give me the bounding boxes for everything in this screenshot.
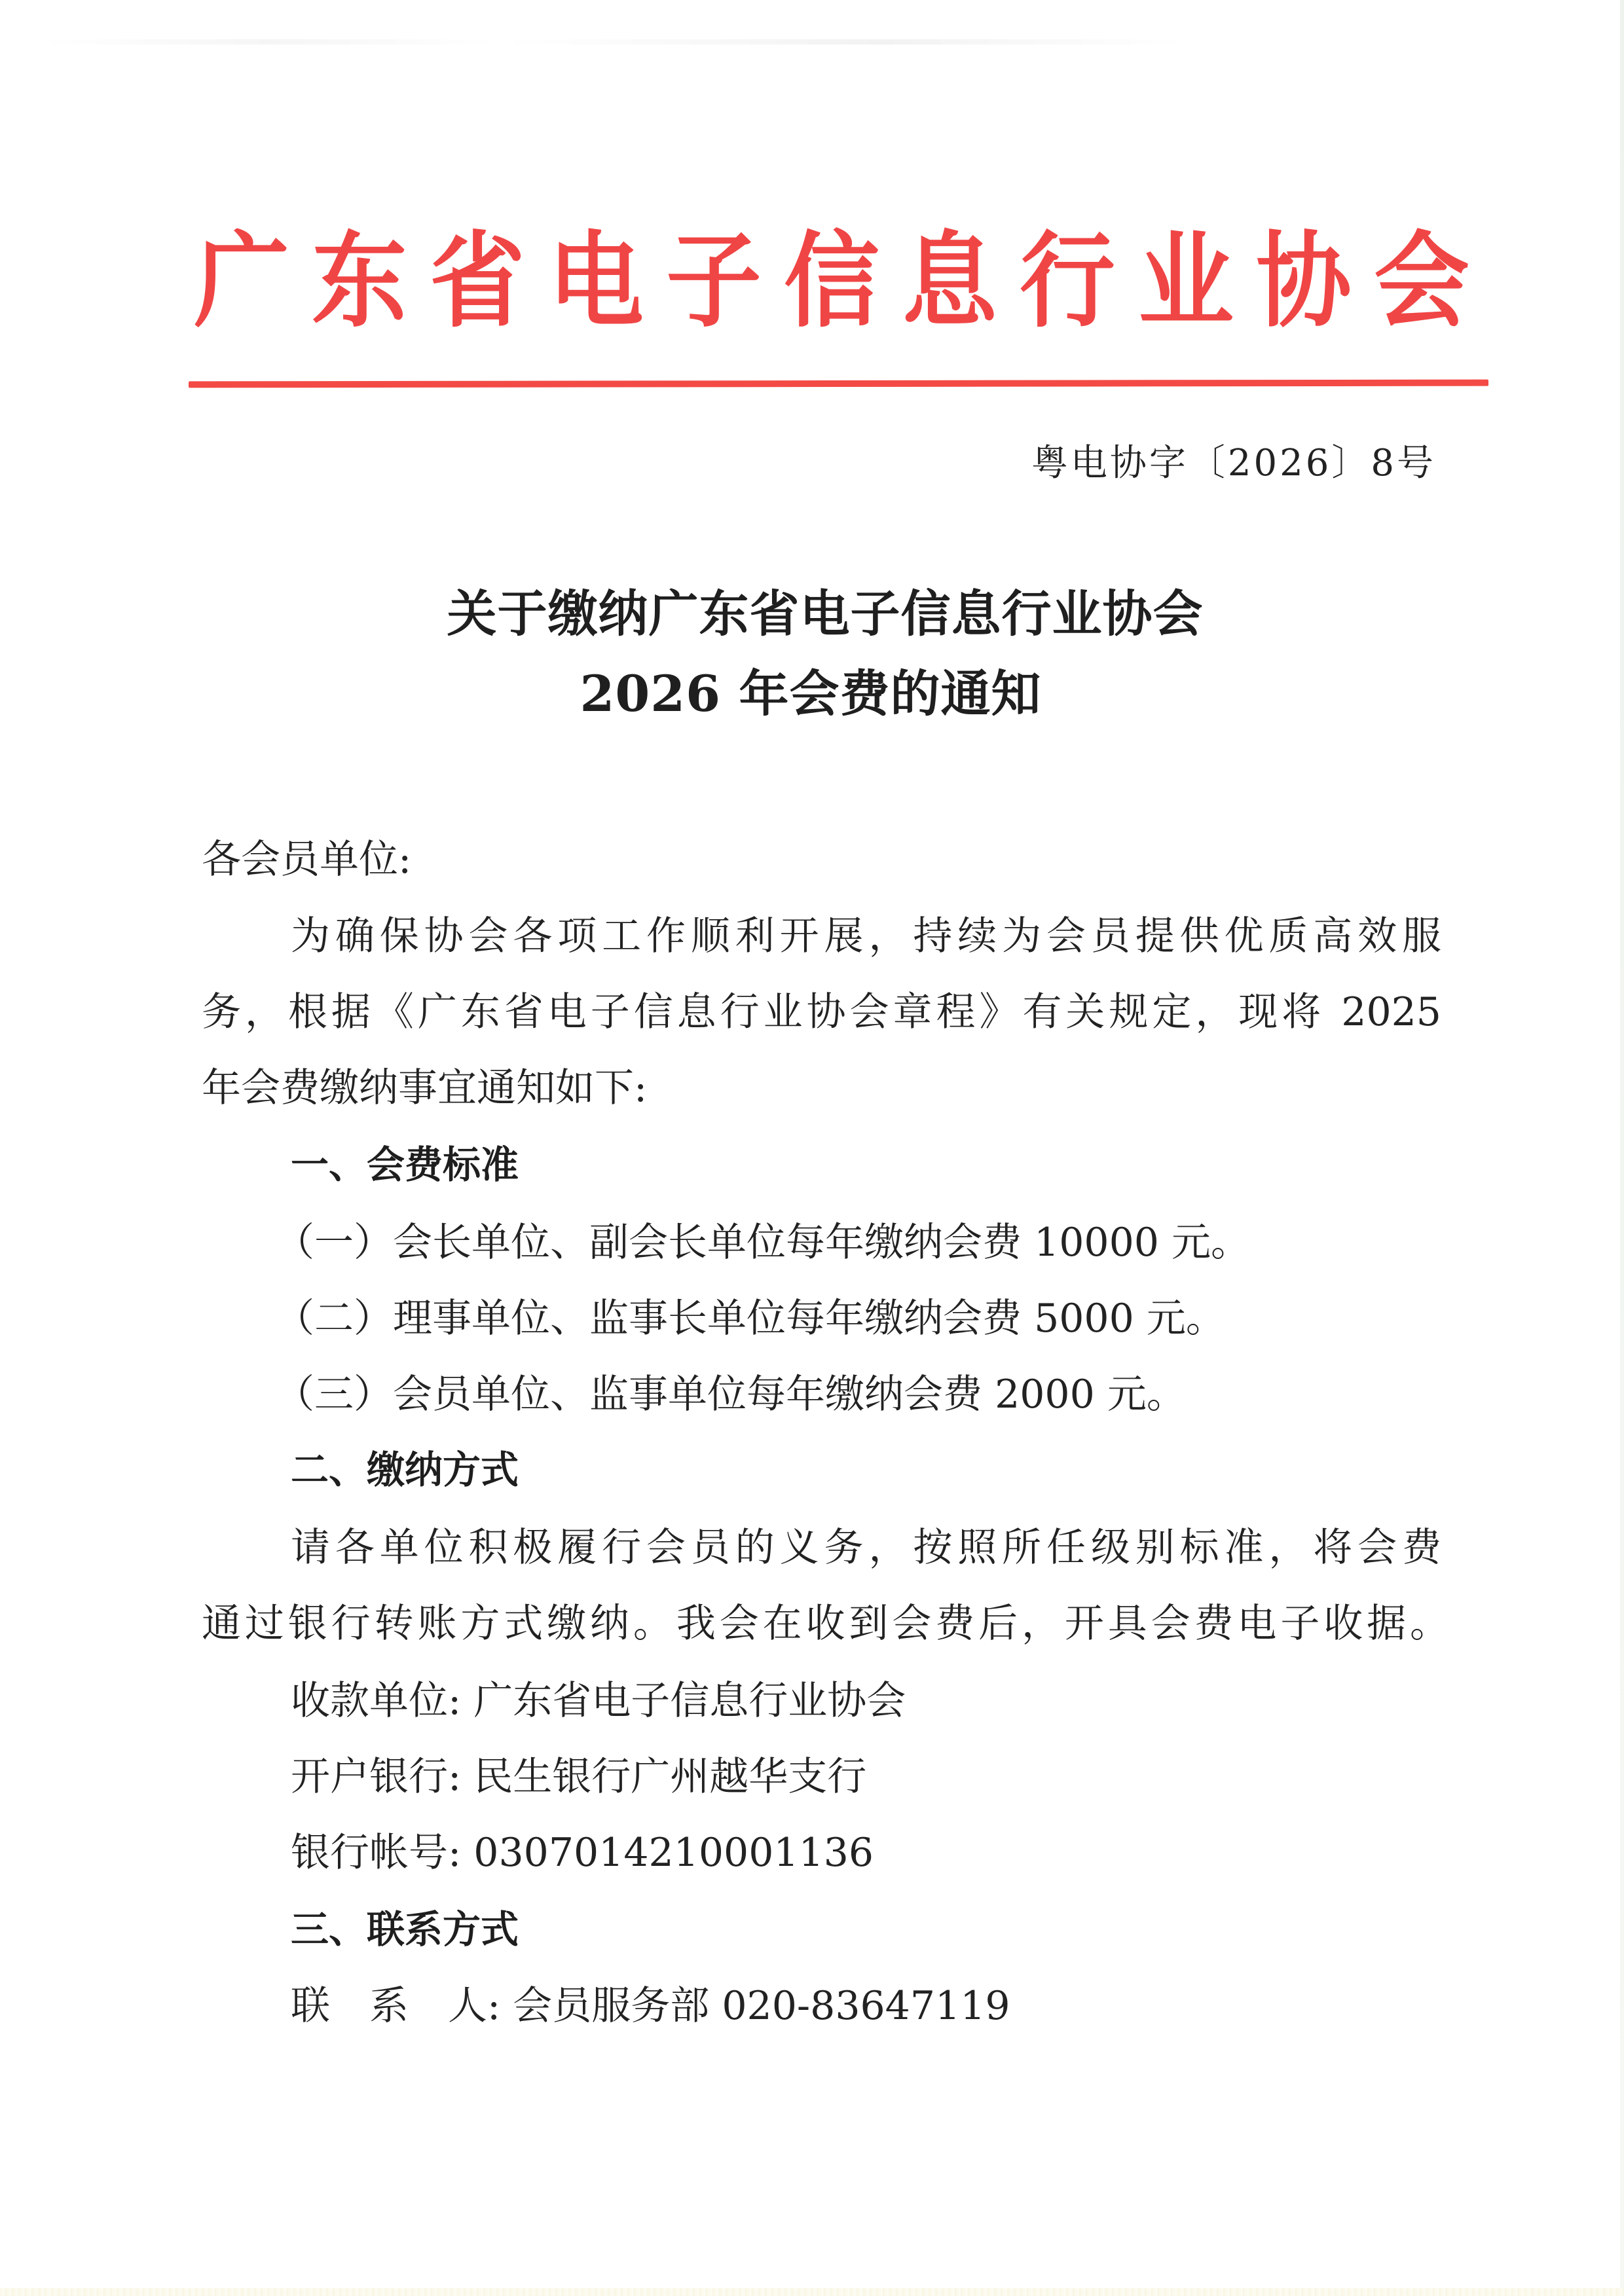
bank-value: 民生银行广州越华支行 [473, 1754, 866, 1800]
letterhead-char: 协 [1256, 230, 1351, 333]
fee-item-label: （一） [275, 1220, 393, 1266]
scan-artifact-top [39, 39, 1572, 45]
letterhead-char: 行 [1020, 230, 1115, 333]
letterhead-char: 广 [194, 230, 289, 333]
fee-item-1: （一）会长单位、副会长单位每年缴纳会费 10000 元。 [275, 1223, 1250, 1262]
bank-label: 开户银行: [291, 1754, 461, 1800]
letterhead-char: 信 [784, 230, 879, 333]
section-heading-payment-method: 二、缴纳方式 [291, 1451, 519, 1489]
fee-item-2: （二）理事单位、监事长单位每年缴纳会费 5000 元。 [275, 1299, 1225, 1338]
scan-artifact-right [1620, 0, 1624, 2296]
document-title-line-1: 关于缴纳广东省电子信息行业协会 [13, 589, 1624, 639]
letterhead-red-rule [189, 380, 1488, 388]
document-title-line-2: 2026 年会费的通知 [0, 669, 1623, 719]
payee-label: 收款单位: [291, 1678, 461, 1724]
contact-row: 联 系 人: 会员服务部 020-83647119 [291, 1986, 1010, 2026]
account-label: 银行帐号: [291, 1830, 461, 1876]
fee-item-3: （三）会员单位、监事单位每年缴纳会费 2000 元。 [275, 1375, 1186, 1414]
section-heading-contact: 三、联系方式 [291, 1910, 519, 1948]
contact-label: 联 系 人: [291, 1983, 500, 2029]
payment-paragraph-line-2: 通过银行转账方式缴纳。我会在收到会费后，开具会费电子收据。 [202, 1604, 1449, 1643]
letterhead-char: 东 [312, 230, 407, 333]
letterhead-char: 业 [1138, 230, 1233, 333]
intro-line-3: 年会费缴纳事宜通知如下: [202, 1068, 647, 1108]
fee-item-text: 理事单位、监事长单位每年缴纳会费 5000 元。 [393, 1296, 1225, 1341]
letterhead-char: 子 [666, 230, 761, 333]
letterhead-char: 省 [430, 230, 525, 333]
scan-artifact-bottom [0, 2288, 1624, 2296]
fee-item-label: （三） [275, 1372, 393, 1417]
letterhead-char: 息 [902, 230, 997, 333]
intro-line-1: 为确保协会各项工作顺利开展，持续为会员提供优质高效服 [291, 917, 1441, 956]
contact-value: 会员服务部 020-83647119 [513, 1983, 1010, 2029]
letterhead-org-name: 广 东 省 电 子 信 息 行 业 协 会 [190, 226, 1473, 337]
bank-row: 开户银行: 民生银行广州越华支行 [291, 1757, 866, 1796]
payee-row: 收款单位: 广东省电子信息行业协会 [291, 1681, 906, 1721]
account-value: 0307014210001136 [473, 1830, 874, 1876]
section-heading-fee-standard: 一、会费标准 [291, 1146, 519, 1184]
account-row: 银行帐号: 0307014210001136 [291, 1833, 874, 1872]
letterhead-char: 会 [1374, 230, 1469, 333]
fee-item-label: （二） [275, 1296, 393, 1341]
document-number: 粤电协字〔2026〕8号 [1031, 445, 1436, 482]
payee-value: 广东省电子信息行业协会 [473, 1678, 906, 1724]
intro-line-2: 务，根据《广东省电子信息行业协会章程》有关规定，现将 2025 [202, 993, 1441, 1032]
payment-paragraph-line-1: 请各单位积极履行会员的义务，按照所任级别标准，将会费 [291, 1528, 1441, 1567]
letterhead-char: 电 [548, 230, 643, 333]
fee-item-text: 会长单位、副会长单位每年缴纳会费 10000 元。 [393, 1220, 1250, 1266]
salutation: 各会员单位: [202, 840, 411, 879]
fee-item-text: 会员单位、监事单位每年缴纳会费 2000 元。 [393, 1372, 1186, 1417]
